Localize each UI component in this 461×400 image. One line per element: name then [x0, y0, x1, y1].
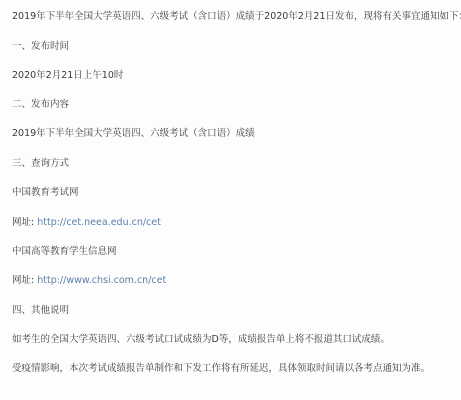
site-url-row-neea: 网址: http://cet.neea.edu.cn/cet: [12, 216, 161, 230]
site-name-neea: 中国教育考试网: [12, 186, 79, 200]
note-epidemic-delay: 受疫情影响，本次考试成绩报告单制作和下发工作将有所延迟，具体领取时间请以各考点通…: [12, 362, 430, 376]
link-neea[interactable]: http://cet.neea.edu.cn/cet: [37, 217, 161, 228]
url-label: 网址:: [12, 275, 37, 286]
release-content-text: 2019年下半年全国大学英语四、六级考试（含口语）成绩: [12, 127, 255, 141]
section-heading-other-notes: 四、其他说明: [12, 304, 69, 318]
notice-document: 2019年下半年全国大学英语四、六级考试（含口语）成绩于2020年2月21日发布…: [0, 0, 461, 400]
section-heading-release-content: 二、发布内容: [12, 98, 69, 112]
section-heading-release-time: 一、发布时间: [12, 40, 69, 54]
section-heading-query-method: 三、查询方式: [12, 157, 69, 171]
site-url-row-chsi: 网址: http://www.chsi.com.cn/cet: [12, 274, 166, 288]
url-label: 网址:: [12, 217, 37, 228]
intro-paragraph: 2019年下半年全国大学英语四、六级考试（含口语）成绩于2020年2月21日发布…: [12, 10, 461, 24]
site-name-chsi: 中国高等教育学生信息网: [12, 245, 117, 259]
note-oral-grade-d: 如考生的全国大学英语四、六级考试口试成绩为D等，成绩报告单上将不报道其口试成绩。: [12, 333, 390, 347]
release-time-text: 2020年2月21日上午10时: [12, 69, 123, 83]
link-chsi[interactable]: http://www.chsi.com.cn/cet: [37, 275, 166, 286]
